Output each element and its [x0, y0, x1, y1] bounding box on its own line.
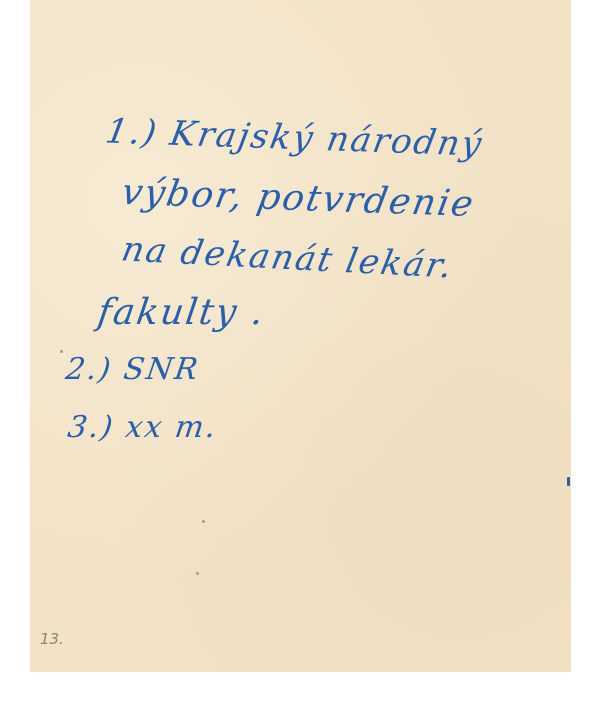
handwritten-line-4: fakulty . — [95, 292, 268, 333]
paper-speck — [202, 520, 205, 523]
handwritten-line-1: 1.) Krajský národný — [103, 112, 487, 165]
handwritten-line-5: 2.) SNR — [64, 352, 202, 387]
document-page: 1.) Krajský národný výbor, potvrdenie na… — [30, 0, 571, 672]
ink-mark — [567, 477, 570, 486]
handwritten-line-6: 3.) xx m. — [66, 410, 220, 445]
paper-speck — [60, 350, 63, 353]
paper-speck — [196, 572, 199, 575]
handwritten-line-3: na dekanát lekár. — [118, 229, 457, 286]
handwritten-line-2: výbor, potvrdenie — [119, 172, 479, 225]
page-number: 13. — [40, 630, 64, 648]
